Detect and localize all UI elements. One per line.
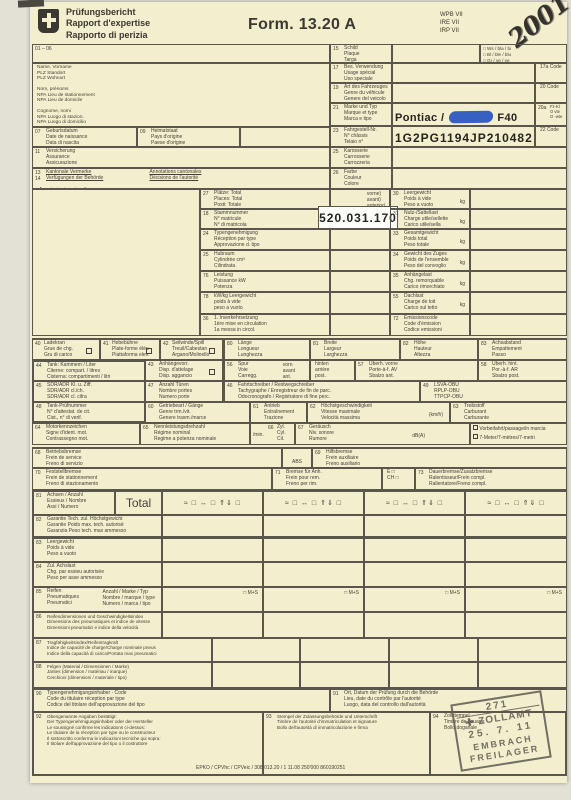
field-31-payload: 31Nutz-/Sattellast Charge utile/sellette… [390,209,470,229]
field-e-ch-checkboxes: E □ CH □ [382,468,415,490]
load-index-value-3 [389,638,478,662]
guarantee-value-3 [364,515,465,537]
field-90-type-approval-holder: 90Typengenehmigungsinhaber · Code Code d… [32,688,330,712]
tires-value-4: □ M+S [465,587,567,612]
field-26-color: 26Farbe Couleur Colore [330,168,392,189]
rims-value-1 [212,662,300,688]
tire-dim-value-3 [364,612,465,638]
guarantee-value-2 [263,515,364,537]
field-33-value [470,229,567,250]
scan-artifact [18,0,44,8]
field-64-engine-id: 64Motorkennzeichen Signe d'ident. mot. C… [32,423,140,445]
cantonal-remarks-area [32,189,200,336]
field-56-track: 56Spur Voie Carregg. vorn avant ant. [223,360,310,381]
field-35-value [470,271,567,292]
tire-dim-value-1 [162,612,263,638]
axle-symbols-2: ≈ □ ↔ □ ⇑⇓ □ [263,490,364,515]
field-01-06: 01 – 06 [32,44,330,63]
field-11-insurance: 11Versicherung Assurance Assicurazione [32,147,330,168]
field-25-value [392,147,567,168]
field-30-value [470,189,567,209]
field-76-value [330,271,390,292]
field-60-gearbox: 60Getriebeart / Gänge Genre trm./vit. Ge… [145,402,250,423]
field-07-birthdate: 07Geburtsdatum Date de naissance Data di… [32,127,137,147]
scanned-form-page: Prüfungsbericht Rapport d'expertise Rapp… [0,0,571,800]
axle-symbols-1: ≈ □ ↔ □ ⇑⇓ □ [162,490,263,515]
field-65-rated-speed: 65Nennleistungsdrehzahl Régime nominal R… [140,423,250,445]
field-58-rear-overhang: 58Überh. hint. Por.-à-f. AR Sbalzo post. [478,360,567,381]
field-34-train-weight: 34Gewicht des Zuges Poids de l'ensemble … [390,250,470,271]
field-21-value: Pontiac / F40 [392,103,535,126]
checkbox-7meter [473,434,478,439]
field-55-roof-load: 55Dachlast Charge de toit Carico sul tet… [390,292,470,314]
field-43-coupling: 43Anhängevorr. Disp. d'attelage Disp. ag… [145,360,223,381]
empty-weight-value-3 [364,537,465,562]
checkbox-43 [209,369,215,375]
axle-symbols-4: ≈ □ ↔ □ ⇑⇓ □ [465,490,567,515]
field-24-value [330,229,390,250]
field-71-trailer-brake: 71Bremse für Anh. Frein pour rem. Freno … [272,468,382,490]
field-33-total-weight: 33Gesamtgewicht Poids total Peso totalek… [390,229,470,250]
tire-dim-value-2 [263,612,364,638]
field-47-doors: 47Anzahl Türen Nombre portes Numero port… [145,381,223,402]
field-19-vehicle-kind: 19Art des Fahrzeuges Genre du véhicule G… [330,83,392,103]
field-66-cylinders: /min. 66 Zyl. Cyl. Cil. [250,423,295,445]
redaction-mark-1 [448,110,493,123]
field-15-value [392,44,480,63]
noise-test-checkboxes: Vorbeifahrt/passage/in marcia 7-Meter/7-… [470,423,567,445]
field-76-power: 76Leistung Puissance kW Potenza [200,271,330,292]
load-index-value-4 [478,638,567,662]
field-18-serial: 18Stammnummer N° matricule N° di matrico… [200,209,330,229]
field-48-tank-test-number: 48Tank-Prüfnummer N° d'attestat. de cit.… [32,402,145,423]
rims-value-3 [389,662,478,688]
form-codes: WPB VII IRE VII IRP VII [440,12,463,35]
serial-number-sticker: 520.031.170 [318,206,398,229]
tires-value-1: □ M+S [162,587,263,612]
field-17-value [392,63,535,83]
field-21-make-type: 21Marke und Typ Marque et type Marca e t… [330,103,392,126]
field-45-sdr-adr: 45SDR/ADR Kl. u. Ziff. SDR/ADR cl./ch. S… [32,381,145,402]
guarantee-value-4 [465,515,567,537]
plate-color-checkboxes: □ Ws / bla / bi □ Bl / ble / blu □ Gr / … [480,44,567,63]
axles-total-label: Total [115,490,162,515]
field-87-load-index: 87Tragfähigkeitsindex/Reifentragkraft In… [32,638,212,662]
field-80-length: 80Länge Longueur Lunghezza [223,338,310,360]
field-61-drive: 61Antrieb Entraînement Trazione [250,402,307,423]
axle-load-value-3 [364,562,465,587]
field-72-emission-code: 72Emissionscode Code d'émission Codice e… [390,314,470,336]
checkbox-40 [86,348,92,354]
field-70-parking-brake: 70Feststellbremse Frein de stationnement… [32,468,272,490]
guarantee-value-1 [162,515,263,537]
tire-dim-value-4 [465,612,567,638]
load-index-value-1 [212,638,300,662]
field-73-retarder: 73Dauerbremse/Zusatzbremse Ralentisseur/… [415,468,567,490]
field-84-axle-load: 84Zul. Achslast Chg. par essieu autorisé… [32,562,162,587]
field-46-tachograph: 46Fahrtschreiber / Restwegschreiber Tach… [223,381,420,402]
field-83-wheelbase: 83Achsabstand Empattement Passo [478,338,567,360]
field-81-width: 81Breite Largeur Larghezza [310,338,400,360]
field-40-crane: 40Ladekran Grue de chg. Gru di carico [32,338,100,360]
model-text: F40 [497,112,517,124]
field-88-rims: 88Felgen (Material / Dimensionen / Marke… [32,662,212,688]
field-44-tank: 44Tank: Kammern / Liter Citerne: compart… [32,360,145,381]
form-print-reference: EPKO / CPVhc / CPVeic / 308.013.20 / 1 1… [196,765,436,771]
checkbox-passby [473,425,478,430]
field-31-value [470,209,567,229]
field-25-displacement: 25Hubraum Cylindrée cm³ Cilindrata [200,250,330,271]
field-82-height: 82Höhe Hauteur Altezza [400,338,478,360]
empty-weight-value-1 [162,537,263,562]
field-30-empty-weight: 30Leergewicht Poids à vide Peso a vuotok… [390,189,470,209]
tires-value-2: □ M+S [263,587,364,612]
empty-weight-value-2 [263,537,364,562]
field-35-trailer-load: 35Anhängelast Chg. remorquable Carico ri… [390,271,470,292]
field-41-lift: 41Hebebühne Plate-forme élév. Piattaform… [100,338,160,360]
field-23-chassis: 23Fahrgestell-Nr. N° châssis Telaio n° [330,126,392,147]
field-track-rear: hinten arrière post. [310,360,355,381]
load-index-value-2 [300,638,389,662]
field-68-service-brake: 68Betriebsbremse Frein de service Freno … [32,447,282,468]
form-number: Form. 13.20 A [248,16,356,34]
field-24-type-approval: 24Typengenehmigung Réception par type Ap… [200,229,330,250]
field-67-noise: 67Geräusch Niv. sonore RumoredB(A) [295,423,470,445]
field-81-axles: 81Achsen / Anzahl Essieux / Nombre Assi … [32,490,115,515]
make-text: Pontiac / [395,112,444,124]
field-25-displacement-value [330,250,390,271]
field-78-value [330,292,390,314]
tires-value-3: □ M+S [364,587,465,612]
checkbox-42 [209,348,215,354]
field-55-value [470,292,567,314]
serial-number: 520.031.170 [319,211,397,225]
field-27-seats: 27Plätze: Total Places: Total Posti: Tot… [200,189,330,209]
field-17a-code: 17a Code [535,63,567,83]
field-19-value [392,83,535,103]
axle-symbols-3: ≈ □ ↔ □ ⇑⇓ □ [364,490,465,515]
empty-weight-value-4 [465,537,567,562]
field-86-tire-dimensions: 86Reifendimensionen und Geschwindigkeits… [32,612,162,638]
swiss-cross-logo [38,9,59,33]
field-17-special-use: 17Bes. Verwendung Usage spécial Uso spec… [330,63,392,83]
customs-stamp: 271 ✚ ZOLLAMT 25. 7. 11 EMBRACH FREILAGE… [450,690,551,771]
field-09-origin: 09Heimatstaat Pays d'origine Paese d'ori… [137,127,240,147]
axle-load-value-4 [465,562,567,587]
field-42-winch: 42Seilwinde/Spill Treuil/Cabestan Argano… [160,338,223,360]
field-72-value [470,314,567,336]
field-78-power-weight: 78kW/kg Leergewicht poids à vide peso a … [200,292,330,314]
field-62-max-speed: 62Höchstgeschwindigkeit Vitesse maximale… [307,402,450,423]
field-57-front-overhang: 57Überh. vorne Porte-à-f. AV Sbalzo ant. [355,360,478,381]
field-36-first-registration: 361. Inverkehrsetzung 1ère mise en circu… [200,314,330,336]
field-26-value [392,168,567,189]
field-name-address: Name, Vorname PLZ Standort PLZ Wohnort N… [32,63,330,127]
field-abs: ABS [282,447,312,468]
field-85-tires: 85Reifen Pneumatiques Pneumatici Anzahl … [32,587,162,612]
field-23-value: 1G2PG1194JP210482 [392,126,535,147]
field-13-14-remarks-header: 13 14 Kantonale Vermerke Verfügungen der… [32,168,330,189]
rims-value-2 [300,662,389,688]
field-22-code: 22 Code [535,126,567,147]
field-82-guarantee: 82Garantie Tech. zul. Höchstgewicht Gara… [32,515,162,537]
field-25-body: 25Karosserie Carrosserie Carrozzeria [330,147,392,168]
rims-value-4 [478,662,567,688]
field-69-auxiliary-brake: 69Hilfsbremse Frein auxiliaire Freno aus… [312,447,567,468]
axle-load-value-1 [162,562,263,587]
field-34-value [470,250,567,271]
plate-colors-col1: □ Ws / bla / bi □ Bl / ble / blu □ Gr / … [483,46,523,63]
field-63-fuel: 63Treibstoff Carburant Carburante [450,402,567,423]
chassis-number: 1G2PG1194JP210482 [395,131,532,145]
field-49-lsva-obu: 49LSVA-OBU RPLP-OBU TTPCP-OBU [420,381,567,402]
field-09-value [240,127,330,147]
field-20-code: 20 Code [535,83,567,103]
field-83-empty-weight-axle: 83Leergewicht Poids à vide Peso a vuoto [32,537,162,562]
field-36-value [330,314,390,336]
field-15-plate: 15Schild Plaque Targa [330,44,392,63]
axle-load-value-2 [263,562,364,587]
field-20a: 20a Fz-Kl O vte O -wte [535,103,567,126]
checkbox-41 [146,348,152,354]
form-title: Prüfungsbericht Rapport d'expertise Rapp… [66,7,150,41]
